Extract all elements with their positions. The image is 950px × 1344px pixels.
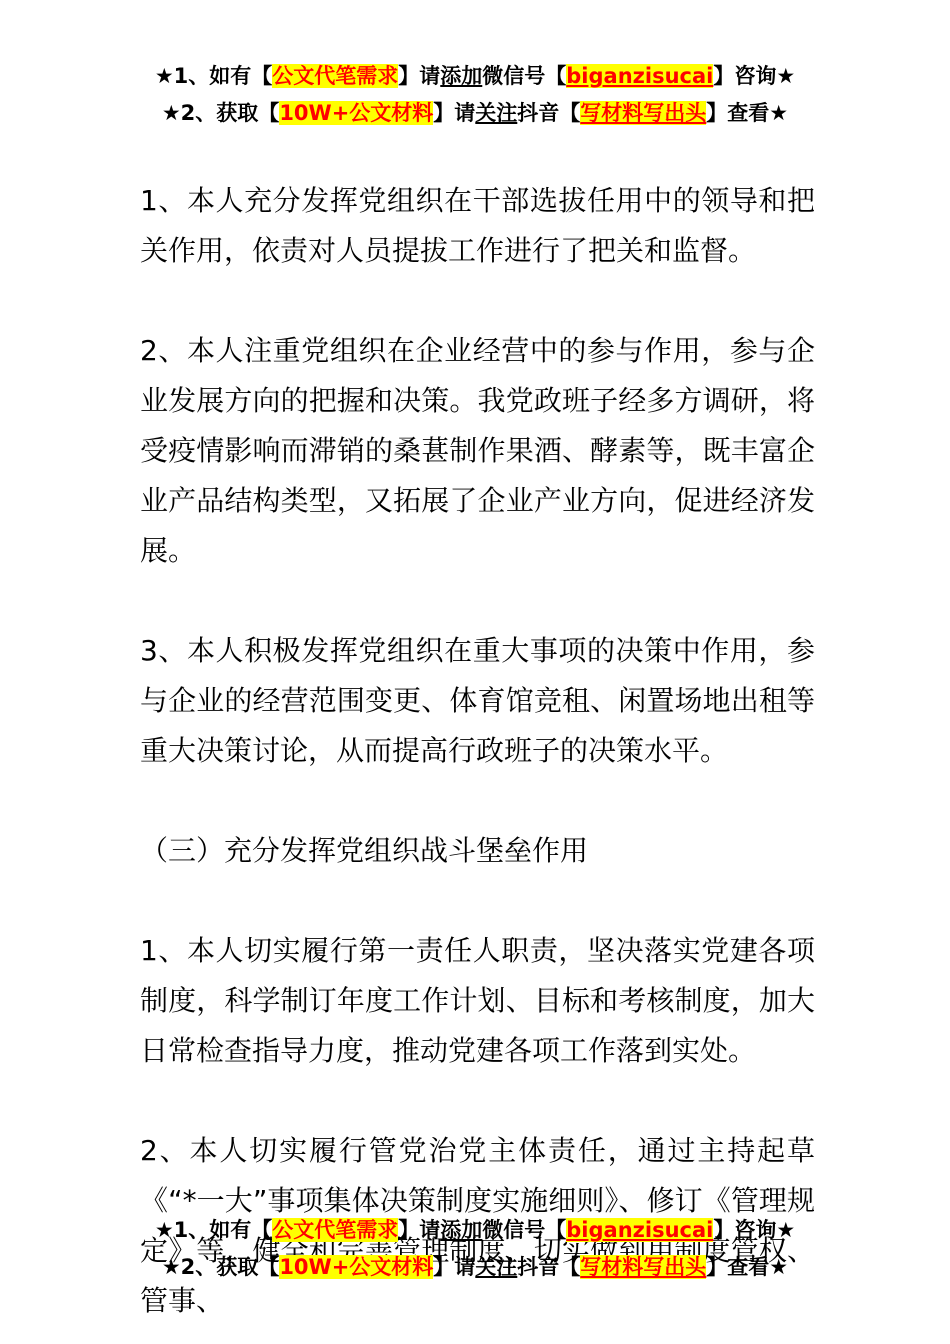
document-page: ★1、如有【公文代笔需求】请添加微信号【biganzisucai】咨询★ ★2、… [0, 0, 950, 1344]
promo-text: 】请 [398, 64, 440, 88]
promo-text: 微信号【 [482, 1218, 566, 1242]
promo-text: 抖音【 [517, 1255, 580, 1279]
highlighted-keyword-materials: 10W+公文材料 [279, 101, 433, 125]
header-promo-line-1: ★1、如有【公文代笔需求】请添加微信号【biganzisucai】咨询★ [0, 58, 950, 95]
promo-text: 】查看★ [706, 101, 788, 125]
promo-text: 】咨询★ [713, 1218, 795, 1242]
underlined-action-follow: 关注 [475, 101, 517, 125]
highlighted-keyword-writing-service: 公文代笔需求 [272, 64, 398, 88]
douyin-account: 写材料写出头 [580, 1255, 706, 1279]
wechat-id: biganzisucai [566, 1218, 713, 1242]
highlighted-keyword-materials: 10W+公文材料 [279, 1255, 433, 1279]
paragraph-2: 2、本人注重党组织在企业经营中的参与作用，参与企业发展方向的把握和决策。我党政班… [140, 326, 815, 576]
promo-text: ★1、如有【 [155, 1218, 272, 1242]
section-heading: （三）充分发挥党组织战斗堡垒作用 [140, 826, 815, 876]
highlighted-keyword-writing-service: 公文代笔需求 [272, 1218, 398, 1242]
paragraph-3: 3、本人积极发挥党组织在重大事项的决策中作用，参与企业的经营范围变更、体育馆竞租… [140, 626, 815, 776]
promo-text: ★1、如有【 [155, 64, 272, 88]
promo-text: 微信号【 [482, 64, 566, 88]
underlined-action-add: 添加 [440, 64, 482, 88]
header-promo-banner: ★1、如有【公文代笔需求】请添加微信号【biganzisucai】咨询★ ★2、… [0, 0, 950, 132]
promo-text: 抖音【 [517, 101, 580, 125]
document-body: 1、本人充分发挥党组织在干部选拔任用中的领导和把关作用，依责对人员提拔工作进行了… [140, 176, 815, 1326]
promo-text: 】咨询★ [713, 64, 795, 88]
header-promo-line-2: ★2、获取【10W+公文材料】请关注抖音【写材料写出头】查看★ [0, 95, 950, 132]
promo-text: 】请 [433, 101, 475, 125]
promo-text: ★2、获取【 [162, 101, 279, 125]
wechat-id: biganzisucai [566, 64, 713, 88]
footer-promo-banner: ★1、如有【公文代笔需求】请添加微信号【biganzisucai】咨询★ ★2、… [0, 1212, 950, 1286]
footer-promo-line-2: ★2、获取【10W+公文材料】请关注抖音【写材料写出头】查看★ [0, 1249, 950, 1286]
promo-text: 】查看★ [706, 1255, 788, 1279]
footer-promo-line-1: ★1、如有【公文代笔需求】请添加微信号【biganzisucai】咨询★ [0, 1212, 950, 1249]
underlined-action-add: 添加 [440, 1218, 482, 1242]
douyin-account: 写材料写出头 [580, 101, 706, 125]
underlined-action-follow: 关注 [475, 1255, 517, 1279]
promo-text: ★2、获取【 [162, 1255, 279, 1279]
paragraph-4: 1、本人切实履行第一责任人职责，坚决落实党建各项制度，科学制订年度工作计划、目标… [140, 926, 815, 1076]
promo-text: 】请 [398, 1218, 440, 1242]
promo-text: 】请 [433, 1255, 475, 1279]
paragraph-1: 1、本人充分发挥党组织在干部选拔任用中的领导和把关作用，依责对人员提拔工作进行了… [140, 176, 815, 276]
